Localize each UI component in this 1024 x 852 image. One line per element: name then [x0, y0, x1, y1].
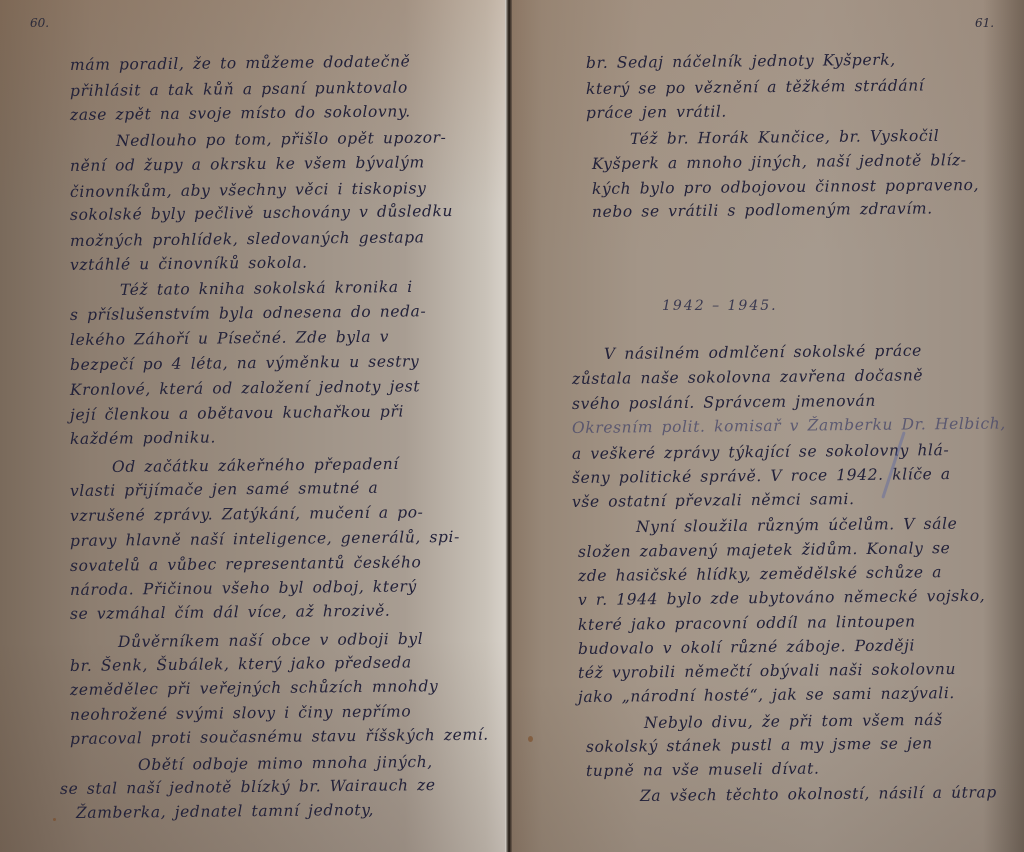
text-line: br. Šenk, Šubálek, který jako předseda — [70, 653, 412, 675]
left-page-number: 60. — [30, 16, 49, 30]
text-line: s příslušenstvím byla odnesena do neda- — [70, 302, 426, 324]
text-line: br. Sedaj náčelník jednoty Kyšperk, — [586, 51, 896, 72]
text-line: Též tato kniha sokolská kronika i — [120, 278, 413, 299]
text-line: vše ostatní převzali němci sami. — [572, 490, 855, 511]
text-line: sovatelů a vůbec representantů českého — [70, 553, 422, 575]
text-line: vzrušené zprávy. Zatýkání, mučení a po- — [70, 503, 424, 525]
text-line: zase zpět na svoje místo do sokolovny. — [70, 102, 411, 124]
text-line: lekého Záhoří u Písečné. Zde byla v — [70, 328, 389, 349]
text-line: zůstala naše sokolovna zavřena dočasně — [572, 366, 923, 388]
text-line: který se po věznění a těžkém strádání — [586, 76, 924, 98]
text-line: svého poslání. Správcem jmenován — [572, 392, 876, 413]
text-line: Důvěrníkem naší obce v odboji byl — [118, 630, 423, 651]
text-line: mám poradil, že to můžeme dodatečně — [70, 52, 411, 74]
text-line: V násilném odmlčení sokolské práce — [604, 342, 922, 363]
text-line: činovníkům, aby všechny věci i tiskopisy — [70, 179, 427, 201]
text-line: Za všech těchto okolností, násilí a útra… — [640, 783, 997, 805]
text-line: bezpečí po 4 léta, na výměnku u sestry — [70, 352, 420, 374]
text-line: Nebylo divu, že při tom všem náš — [644, 711, 943, 732]
paper-stain — [528, 736, 533, 742]
book-gutter — [505, 0, 512, 852]
text-line: které jako pracovní oddíl na lintoupen — [578, 612, 916, 634]
text-line: Též br. Horák Kunčice, br. Vyskočil — [630, 127, 940, 148]
open-book-spread: 60. 61. mám poradil, že to můžeme dodate… — [0, 0, 1024, 852]
text-line: zde hasičské hlídky, zemědělské schůze a — [578, 563, 942, 585]
text-line: nění od župy a okrsku ke všem bývalým — [70, 153, 425, 175]
text-line: Nedlouho po tom, přišlo opět upozor- — [116, 129, 447, 150]
right-page-number: 61. — [975, 16, 994, 30]
text-line: každém podniku. — [70, 428, 216, 448]
text-line: se vzmáhal čím dál více, až hrozivě. — [70, 602, 391, 623]
text-line: tupně na vše museli dívat. — [586, 760, 820, 780]
text-line: národa. Přičinou všeho byl odboj, který — [70, 577, 417, 599]
text-line: přihlásit a tak kůň a psaní punktovalo — [70, 78, 408, 100]
text-line: její členkou a obětavou kuchařkou při — [70, 403, 404, 424]
text-line: Žamberka, jednatel tamní jednoty, — [76, 801, 374, 822]
text-line: neohrožené svými slovy i činy nepřímo — [70, 702, 411, 724]
text-line: Od začátku zákeřného přepadení — [112, 455, 399, 476]
text-line: Nyní sloužila různým účelům. V sále — [636, 515, 958, 536]
text-line: nebo se vrátili s podlomeným zdravím. — [592, 199, 933, 221]
text-line: zemědělec při veřejných schůzích mnohdy — [70, 677, 438, 699]
text-line: vlasti přijímače jen samé smutné a — [70, 479, 378, 500]
text-line: Kronlové, která od založení jednoty jest — [70, 377, 420, 399]
text-line: sokolský stánek pustl a my jsme se jen — [586, 734, 933, 756]
section-heading-years: 1942 – 1945. — [662, 298, 778, 314]
text-line: možných prohlídek, sledovaných gestapa — [70, 228, 425, 250]
text-line: práce jen vrátil. — [586, 103, 727, 122]
paper-stain — [53, 818, 56, 821]
text-line: vztáhlé u činovníků sokola. — [70, 254, 308, 274]
text-line: budovalo v okolí různé záboje. Později — [578, 636, 915, 658]
text-line: Obětí odboje mimo mnoha jiných, — [138, 753, 433, 774]
